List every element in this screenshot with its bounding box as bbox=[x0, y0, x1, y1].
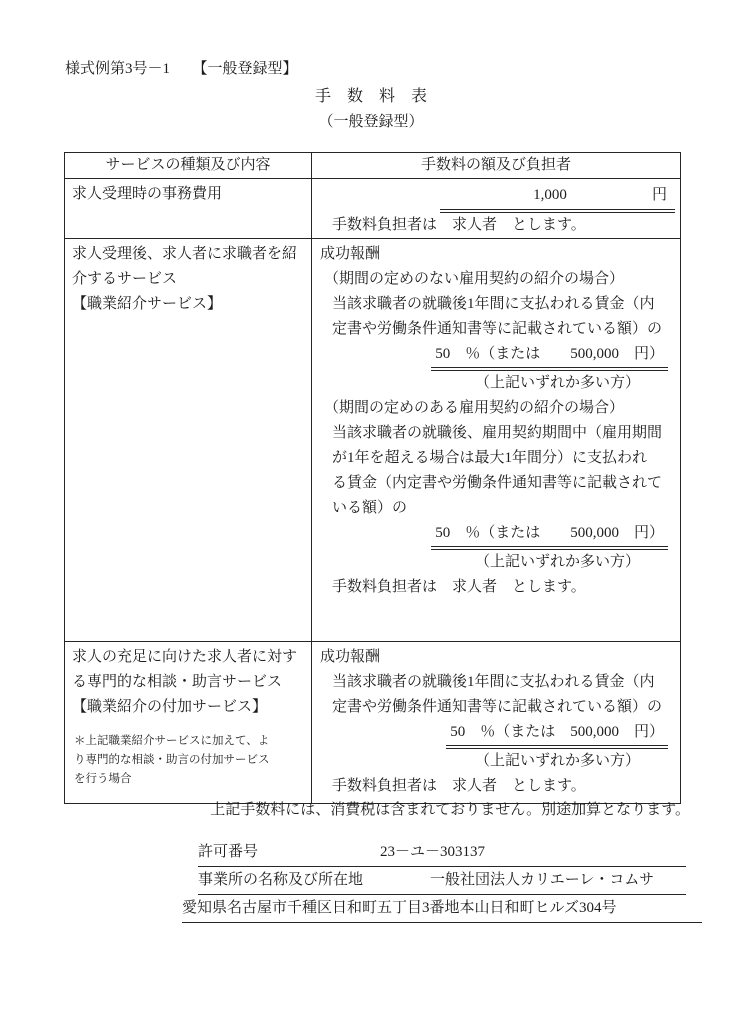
service-line: 求人の充足に向けた求人者に対す bbox=[72, 645, 305, 670]
case2-title: （期間の定めのある雇用契約の紹介の場合） bbox=[312, 396, 680, 421]
header-fee-column: 手数料の額及び負担者 bbox=[312, 153, 681, 179]
service-line: 求人受理後、求人者に求職者を紹 bbox=[72, 242, 305, 267]
table-row-consulting-service: 求人の充足に向けた求人者に対す る専門的な相談・助言サービス 【職業紹介の付加サ… bbox=[65, 642, 681, 804]
service-footnote: ＊上記職業紹介サービスに加えて、より専門的な相談・助言の付加サービスを行う場合 bbox=[72, 732, 289, 789]
table-row-admin-fee: 求人受理時の事務費用 1,000 円 手数料負担者は 求人者 とします。 bbox=[65, 179, 681, 239]
fee-payer-line: 手数料負担者は 求人者 とします。 bbox=[312, 774, 680, 799]
fee-type: 成功報酬 bbox=[312, 242, 680, 267]
permit-number-value: 23－ユ－303137 bbox=[380, 844, 485, 860]
case2-body: 当該求職者の就職後、雇用契約期間中（雇用期間 bbox=[312, 421, 680, 446]
fee-amount-line: 1,000 円 bbox=[312, 183, 680, 213]
case1-body: 当該求職者の就職後1年間に支払われる賃金（内 bbox=[312, 292, 680, 317]
form-number-label: 様式例第3号－1 【一般登録型】 bbox=[65, 57, 298, 78]
table-row-referral-service: 求人受理後、求人者に求職者を紹 介するサービス 【職業紹介サービス】 成功報酬 … bbox=[65, 239, 681, 642]
case-body: 定書や労働条件通知書等に記載されている額）の bbox=[312, 695, 680, 720]
fee-payer-line: 手数料負担者は 求人者 とします。 bbox=[312, 213, 680, 238]
permit-number-line: 許可番号23－ユ－303137 bbox=[198, 839, 686, 867]
fee-table: サービスの種類及び内容 手数料の額及び負担者 求人受理時の事務費用 1,000 … bbox=[64, 152, 681, 804]
fee-type: 成功報酬 bbox=[312, 645, 680, 670]
table-header-row: サービスの種類及び内容 手数料の額及び負担者 bbox=[65, 153, 681, 179]
case1-title: （期間の定めのない雇用契約の紹介の場合） bbox=[312, 267, 680, 292]
tax-disclaimer: 上記手数料には、消費税は含まれておりません。別途加算となります。 bbox=[210, 798, 690, 819]
service-cell-consulting: 求人の充足に向けた求人者に対す る専門的な相談・助言サービス 【職業紹介の付加サ… bbox=[65, 642, 312, 804]
office-name-line: 事業所の名称及び所在地一般社団法人カリエーレ・コムサ bbox=[198, 867, 686, 895]
case1-body: 定書や労働条件通知書等に記載されている額）の bbox=[312, 317, 680, 342]
document-title: 手 数 料 表 bbox=[0, 83, 742, 106]
office-address-value: 愛知県名古屋市千種区日和町五丁目3番地本山日和町ヒルズ304号 bbox=[182, 900, 617, 916]
fee-payer-line: 手数料負担者は 求人者 とします。 bbox=[312, 575, 680, 600]
office-name-value: 一般社団法人カリエーレ・コムサ bbox=[430, 872, 654, 888]
registration-block: 許可番号23－ユ－303137 事業所の名称及び所在地一般社団法人カリエーレ・コ… bbox=[182, 839, 702, 923]
fee-cell-admin-fee: 1,000 円 手数料負担者は 求人者 とします。 bbox=[312, 179, 681, 239]
service-line: る専門的な相談・助言サービス bbox=[72, 670, 305, 695]
fee-cell-referral: 成功報酬 （期間の定めのない雇用契約の紹介の場合） 当該求職者の就職後1年間に支… bbox=[312, 239, 681, 642]
case2-body: が1年を超える場合は最大1年間分）に支払われ bbox=[312, 446, 680, 471]
case1-amount-line: 50 ％（または 500,000 円） bbox=[312, 342, 680, 371]
fee-amount-unit: 円 bbox=[652, 183, 667, 208]
document-page: 様式例第3号－1 【一般登録型】 手 数 料 表 （一般登録型） サービスの種類… bbox=[0, 0, 742, 1024]
header-service-column: サービスの種類及び内容 bbox=[65, 153, 312, 179]
case2-body: る賃金（内定書や労働条件通知書等に記載されて bbox=[312, 471, 680, 496]
permit-number-label: 許可番号 bbox=[198, 839, 380, 865]
case2-amount-line: 50 ％（または 500,000 円） bbox=[312, 521, 680, 550]
amount-underline: 50 ％（または 500,000 円） bbox=[446, 720, 668, 749]
case2-body: いる額）の bbox=[312, 496, 680, 521]
amount-note: （上記いずれか多い方） bbox=[312, 749, 680, 774]
fee-amount-value: 1,000 bbox=[448, 183, 652, 208]
case2-note: （上記いずれか多い方） bbox=[312, 550, 680, 575]
fee-cell-consulting: 成功報酬 当該求職者の就職後1年間に支払われる賃金（内 定書や労働条件通知書等に… bbox=[312, 642, 681, 804]
case1-note: （上記いずれか多い方） bbox=[312, 371, 680, 396]
office-name-label: 事業所の名称及び所在地 bbox=[198, 867, 430, 893]
amount-line: 50 ％（または 500,000 円） bbox=[312, 720, 680, 749]
service-line: 【職業紹介の付加サービス】 bbox=[72, 695, 305, 720]
case1-amount-underline: 50 ％（または 500,000 円） bbox=[431, 342, 668, 371]
service-cell-referral: 求人受理後、求人者に求職者を紹 介するサービス 【職業紹介サービス】 bbox=[65, 239, 312, 642]
service-line: 介するサービス bbox=[72, 267, 305, 292]
fee-amount-underline: 1,000 円 bbox=[440, 183, 675, 213]
office-address-line: 愛知県名古屋市千種区日和町五丁目3番地本山日和町ヒルズ304号 bbox=[182, 895, 702, 923]
service-line: 【職業紹介サービス】 bbox=[72, 292, 305, 317]
case2-amount-underline: 50 ％（または 500,000 円） bbox=[431, 521, 668, 550]
case-body: 当該求職者の就職後1年間に支払われる賃金（内 bbox=[312, 670, 680, 695]
document-subtitle: （一般登録型） bbox=[0, 110, 742, 131]
service-name: 求人受理時の事務費用 bbox=[65, 179, 311, 207]
service-cell-admin-fee: 求人受理時の事務費用 bbox=[65, 179, 312, 239]
